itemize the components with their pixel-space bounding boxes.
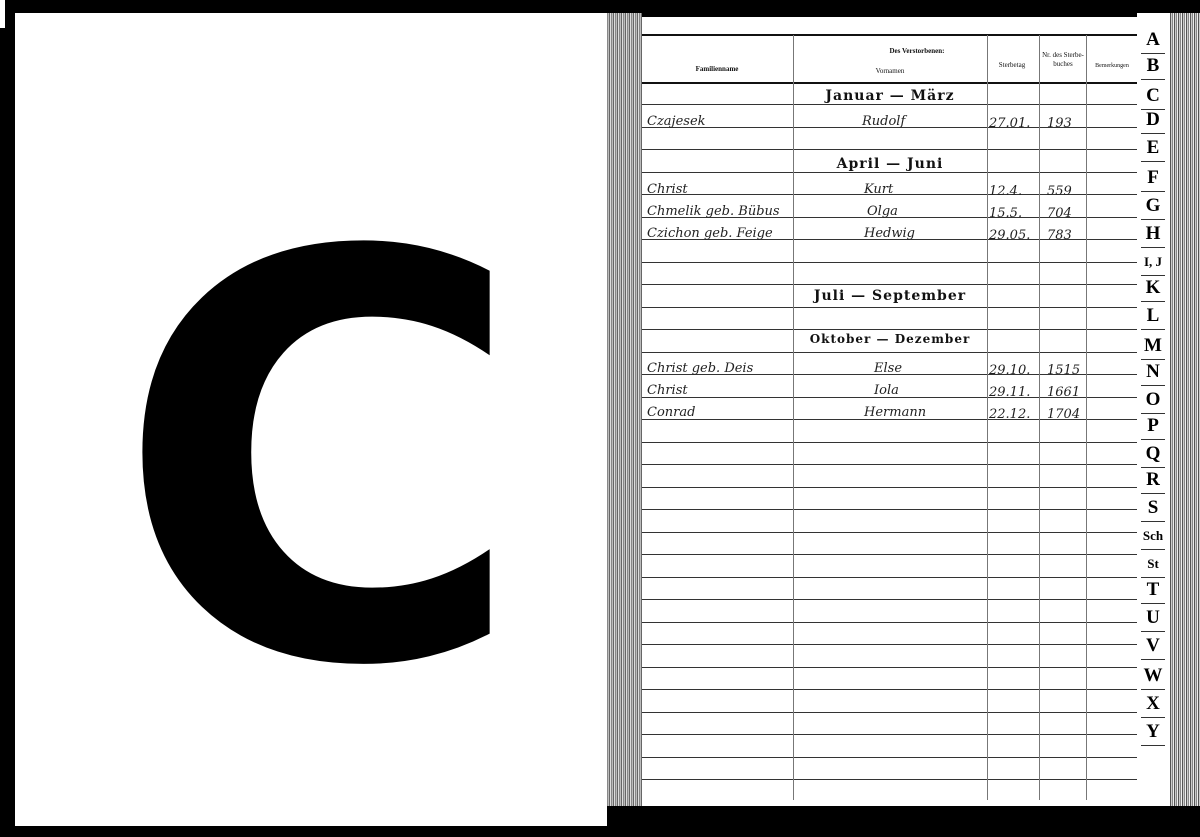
index-tab-t[interactable]: T — [1141, 577, 1165, 604]
rule-line — [642, 442, 1137, 443]
entry-familienname: Czajesek — [647, 114, 706, 129]
rule-line — [642, 554, 1137, 555]
index-tab-s[interactable]: S — [1141, 495, 1165, 522]
index-tab-l[interactable]: L — [1141, 303, 1165, 330]
rule-line — [642, 532, 1137, 533]
rule-line — [642, 622, 1137, 623]
index-tab-e[interactable]: E — [1141, 135, 1165, 162]
quarter-heading-q3: Juli — September — [794, 288, 986, 304]
rule-line — [642, 667, 1137, 668]
index-tab-k[interactable]: K — [1141, 275, 1165, 302]
index-tab-f[interactable]: F — [1141, 165, 1165, 192]
entry-sterbetag: 22.12. — [989, 407, 1030, 422]
entry-familienname: Christ geb. Deis — [647, 361, 753, 376]
entry-sterbetag: 15.5. — [989, 206, 1022, 221]
index-tab-r[interactable]: R — [1141, 467, 1165, 494]
entry-nr: 193 — [1047, 116, 1072, 131]
entry-vornamen: Else — [874, 361, 902, 376]
entry-nr: 783 — [1047, 228, 1072, 243]
index-tab-w[interactable]: W — [1141, 663, 1165, 690]
rule-line — [642, 352, 1137, 353]
rule-line — [642, 284, 1137, 285]
rule-line — [642, 262, 1137, 263]
column-divider — [793, 35, 794, 800]
register-page: Des Verstorbenen: Familienname Vornamen … — [642, 17, 1137, 806]
entry-vornamen: Olga — [867, 204, 898, 219]
entry-vornamen: Rudolf — [862, 114, 905, 129]
rule-line — [642, 104, 1137, 105]
index-tab-c[interactable]: C — [1141, 83, 1165, 110]
entry-familienname: Chmelik geb. Bübus — [647, 204, 780, 219]
rule-line — [642, 464, 1137, 465]
scan-edge — [0, 358, 15, 837]
entry-nr: 1515 — [1047, 363, 1080, 378]
index-tab-o[interactable]: O — [1141, 387, 1165, 414]
index-tab-p[interactable]: P — [1141, 413, 1165, 440]
header-vornamen: Vornamen — [794, 67, 986, 76]
entry-nr: 1661 — [1047, 385, 1080, 400]
rule-line — [642, 757, 1137, 758]
entry-sterbetag: 29.05. — [989, 228, 1030, 243]
index-tab-y[interactable]: Y — [1141, 719, 1165, 746]
entry-familienname: Christ — [647, 383, 688, 398]
index-tab-v[interactable]: V — [1141, 633, 1165, 660]
rule-line — [642, 487, 1137, 488]
entry-sterbetag: 29.11. — [989, 385, 1030, 400]
index-tab-st[interactable]: St — [1141, 551, 1165, 578]
rule-line — [642, 307, 1137, 308]
book-gutter — [607, 13, 642, 806]
entry-vornamen: Hermann — [864, 405, 926, 420]
quarter-heading-q4: Oktober — Dezember — [794, 332, 986, 346]
entry-vornamen: Hedwig — [864, 226, 915, 241]
rule-line — [642, 34, 1137, 36]
index-tab-d[interactable]: D — [1141, 107, 1165, 134]
rule-line — [642, 779, 1137, 780]
column-divider — [987, 35, 988, 800]
index-tab-m[interactable]: M — [1141, 333, 1165, 360]
entry-sterbetag: 27.01. — [989, 116, 1030, 131]
column-divider — [1086, 35, 1087, 800]
rule-line — [642, 599, 1137, 600]
header-nr-sterbebuch: Nr. des Sterbe-buches — [1042, 51, 1084, 69]
index-tab-n[interactable]: N — [1141, 359, 1165, 386]
alphabet-index-tabs: ABCDEFGHI, JKLMNOPQRSSchStTUVWXY — [1137, 13, 1200, 806]
index-tab-x[interactable]: X — [1141, 691, 1165, 718]
rule-line — [642, 149, 1137, 150]
entry-nr: 1704 — [1047, 407, 1080, 422]
entry-familienname: Czichon geb. Feige — [647, 226, 773, 241]
entry-familienname: Christ — [647, 182, 688, 197]
entry-vornamen: Iola — [874, 383, 899, 398]
rule-line — [642, 329, 1137, 330]
scan-edge — [0, 0, 5, 28]
rule-line — [642, 734, 1137, 735]
rule-line — [642, 712, 1137, 713]
header-familienname: Familienname — [642, 65, 792, 74]
index-tab-q[interactable]: Q — [1141, 441, 1165, 468]
index-tab-ij[interactable]: I, J — [1141, 249, 1165, 276]
index-tab-a[interactable]: A — [1141, 27, 1165, 54]
entry-nr: 559 — [1047, 184, 1072, 199]
entry-sterbetag: 29.10. — [989, 363, 1030, 378]
header-group-label: Des Verstorbenen: — [842, 47, 992, 56]
page-edges — [1170, 13, 1200, 806]
column-divider — [1039, 35, 1040, 800]
index-tab-g[interactable]: G — [1141, 193, 1165, 220]
rule-line — [642, 509, 1137, 510]
rule-line — [642, 577, 1137, 578]
entry-vornamen: Kurt — [864, 182, 893, 197]
rule-line — [642, 82, 1137, 84]
index-tab-b[interactable]: B — [1141, 53, 1165, 80]
rule-line — [642, 172, 1137, 173]
entry-sterbetag: 12.4. — [989, 184, 1022, 199]
index-letter: C — [110, 273, 530, 693]
quarter-heading-q1: Januar — März — [794, 88, 986, 104]
left-page: C — [15, 13, 607, 826]
header-sterbetag: Sterbetag — [987, 61, 1037, 70]
entry-familienname: Conrad — [647, 405, 695, 420]
rule-line — [642, 644, 1137, 645]
index-tab-sch[interactable]: Sch — [1141, 523, 1165, 550]
index-tab-u[interactable]: U — [1141, 605, 1165, 632]
entry-nr: 704 — [1047, 206, 1072, 221]
header-bemerkungen: Bemerkungen — [1087, 62, 1137, 71]
rule-line — [642, 689, 1137, 690]
index-tab-h[interactable]: H — [1141, 221, 1165, 248]
quarter-heading-q2: April — Juni — [794, 156, 986, 172]
